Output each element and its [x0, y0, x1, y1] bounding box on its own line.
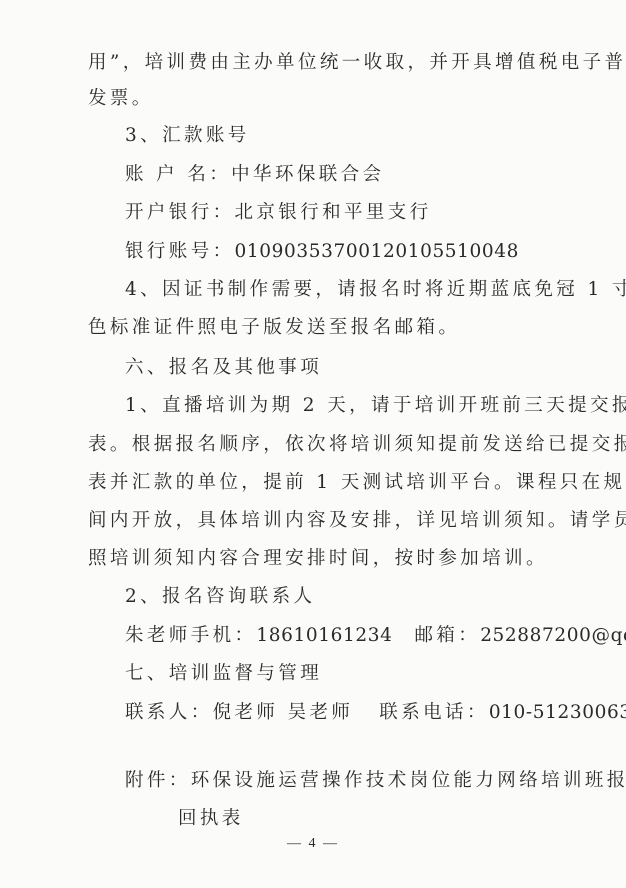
section-heading-registration: 六、报名及其他事项 [125, 356, 322, 380]
page-number: — 4 — [0, 836, 626, 852]
paragraph-certificate-photo-line2: 色标准证件照电子版发送至报名邮箱。 [88, 316, 460, 340]
supervision-phone: 010-51230063 [489, 702, 626, 723]
contact-phone-label: 朱老师手机： [125, 625, 256, 646]
attachment-row: 附件：环保设施运营操作技术岗位能力网络培训班报名 [125, 769, 626, 793]
supervision-people: 倪老师 吴老师 [213, 702, 354, 723]
supervision-phone-label: 联系电话： [379, 702, 489, 723]
bank-account-row: 银行账号：01090353700120105510048 [125, 240, 519, 264]
paragraph-live-training-line4: 间内开放，具体培训内容及安排，详见培训须知。请学员参 [88, 509, 626, 533]
attachment-title-line1: 环保设施运营操作技术岗位能力网络培训班报名 [191, 770, 626, 791]
contact-email-label: 邮箱： [414, 625, 480, 646]
heading-remittance-account: 3、汇款账号 [125, 124, 250, 148]
contact-phone: 18610161234 [256, 625, 392, 646]
paragraph-live-training-line1: 1、直播培训为期 2 天，请于培训开班前三天提交报名 [125, 394, 626, 418]
supervision-people-label: 联系人： [125, 702, 213, 723]
supervision-contact-row: 联系人：倪老师 吴老师联系电话：010-51230063 [125, 701, 626, 725]
paragraph-fee-invoice-line1: 用”，培训费由主办单位统一收取，并开具增值税电子普通 [88, 51, 626, 75]
heading-registration-contact: 2、报名咨询联系人 [125, 585, 315, 609]
paragraph-fee-invoice-line2: 发票。 [88, 87, 154, 111]
paragraph-live-training-line5: 照培训须知内容合理安排时间，按时参加培训。 [88, 547, 548, 571]
section-heading-supervision: 七、培训监督与管理 [125, 662, 322, 686]
bank-account-label: 银行账号： [125, 241, 235, 262]
attachment-label: 附件： [125, 770, 191, 791]
account-name: 账 户 名：中华环保联合会 [125, 163, 384, 187]
paragraph-certificate-photo-line1: 4、因证书制作需要，请报名时将近期蓝底免冠 1 寸彩 [125, 278, 626, 302]
paragraph-live-training-line2: 表。根据报名顺序，依次将培训须知提前发送给已提交报名 [88, 433, 626, 457]
bank-account-number: 01090353700120105510048 [235, 241, 520, 262]
attachment-title-line2: 回执表 [178, 807, 244, 831]
paragraph-live-training-line3: 表并汇款的单位，提前 1 天测试培训平台。课程只在规定时 [88, 471, 626, 495]
contact-zhu-row: 朱老师手机：18610161234邮箱：252887200@qq.com [125, 624, 626, 648]
bank-name: 开户银行：北京银行和平里支行 [125, 201, 432, 225]
contact-email[interactable]: 252887200@qq.com [480, 625, 626, 646]
